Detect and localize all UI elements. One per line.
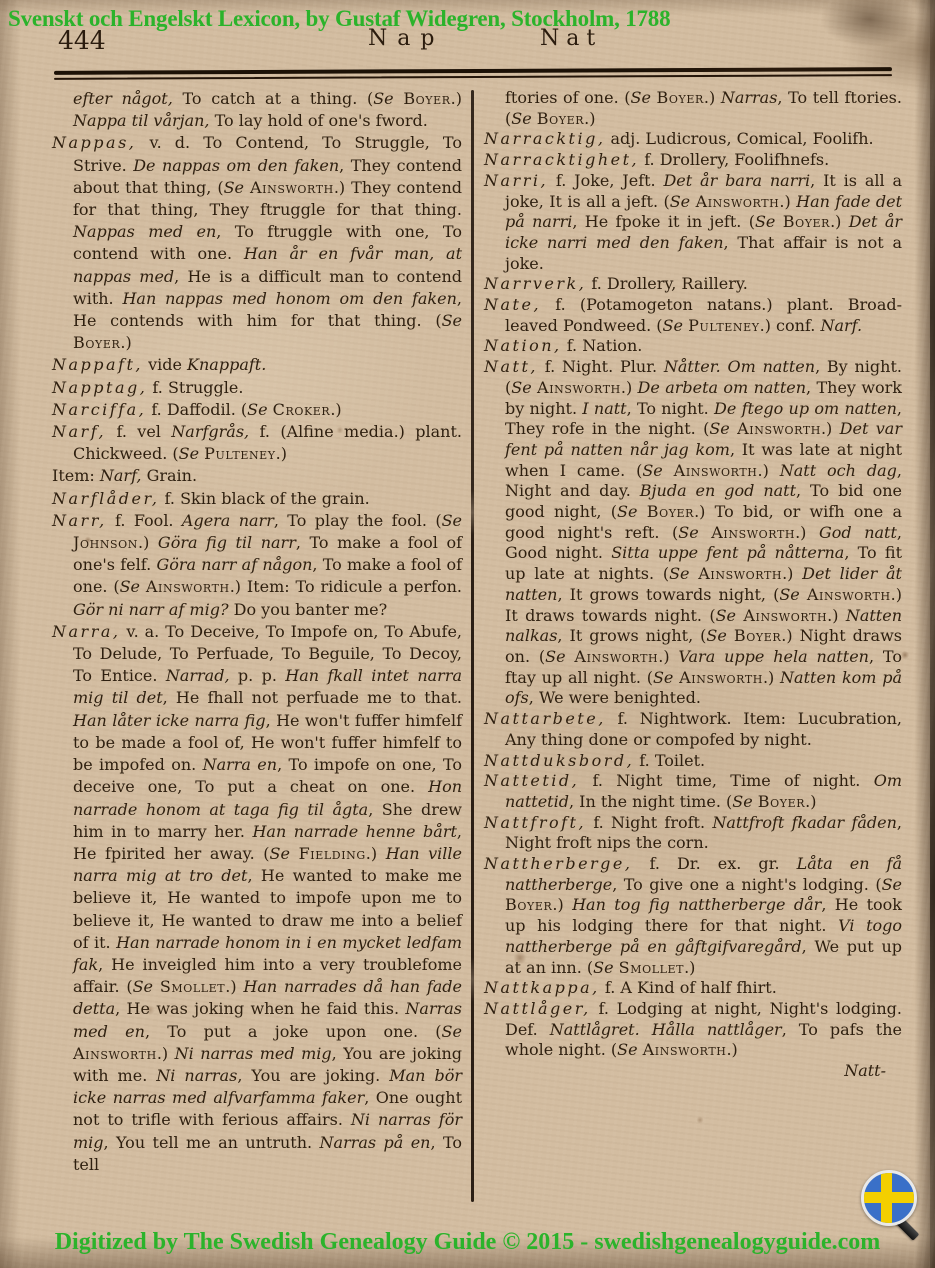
dictionary-paragraph: Narr, f. Fool. Agera narr, To play the f… — [52, 510, 462, 621]
dictionary-paragraph: efter något, To catch at a thing. (Se Bo… — [52, 88, 462, 132]
dictionary-paragraph: Narra, v. a. To Deceive, To Impofe on, T… — [52, 621, 462, 1176]
dictionary-paragraph: Narciffa, f. Daffodil. (Se Croker.) — [52, 399, 462, 421]
dictionary-paragraph: ftories of one. (Se Boyer.) Narras, To t… — [484, 88, 902, 129]
scanned-lexicon-page: Svenskt och Engelskt Lexicon, by Gustaf … — [0, 0, 935, 1268]
dictionary-paragraph: Nattkappa, f. A Kind of half fhirt. — [484, 978, 902, 999]
dictionary-paragraph: Natt, f. Night. Plur. Nåtter. Om natten,… — [484, 357, 902, 709]
right-column: ftories of one. (Se Boyer.) Narras, To t… — [484, 88, 902, 1202]
page-body: efter något, To catch at a thing. (Se Bo… — [52, 88, 902, 1202]
dictionary-paragraph: Nattfroft, f. Night froft. Nattfroft fka… — [484, 813, 902, 854]
running-head-right: Nat — [540, 26, 602, 51]
dictionary-paragraph: Nappas, v. d. To Contend, To Struggle, T… — [52, 132, 462, 354]
dictionary-paragraph: Nattetid, f. Night time, Time of night. … — [484, 771, 902, 812]
dictionary-paragraph: Nation, f. Nation. — [484, 336, 902, 357]
dictionary-paragraph: Nattarbete, f. Nightwork. Item: Lucubrat… — [484, 709, 902, 750]
running-head-left: Nap — [368, 26, 444, 51]
digitization-footer: Digitized by The Swedish Genealogy Guide… — [0, 1229, 935, 1256]
dictionary-paragraph: Nattlåger, f. Lodging at night, Night's … — [484, 999, 902, 1061]
dictionary-paragraph: Narf, f. vel Narfgrås, f. (Alfine media.… — [52, 421, 462, 465]
dictionary-paragraph: Nattherberge, f. Dr. ex. gr. Låta en få … — [484, 854, 902, 978]
left-column: efter något, To catch at a thing. (Se Bo… — [52, 88, 462, 1202]
dictionary-paragraph: Item: Narf, Grain. — [52, 465, 462, 487]
dictionary-paragraph: Nappaft, vide Knappaft. — [52, 354, 462, 376]
dictionary-paragraph: Narracktighet, f. Drollery, Foolifhnefs. — [484, 150, 902, 171]
dictionary-paragraph: Narracktig, adj. Ludicrous, Comical, Foo… — [484, 129, 902, 150]
page-number: 444 — [58, 26, 106, 55]
flag-cross-horizontal — [864, 1192, 914, 1203]
catchword: Natt- — [484, 1061, 902, 1082]
dictionary-paragraph: Nattduksbord, f. Toilet. — [484, 751, 902, 772]
column-divider-rule — [471, 90, 474, 1202]
header-double-rule — [54, 67, 892, 80]
dictionary-paragraph: Nate, f. (Potamogeton natans.) plant. Br… — [484, 295, 902, 336]
dictionary-paragraph: Napptag, f. Struggle. — [52, 377, 462, 399]
swedish-flag-lens — [861, 1170, 917, 1226]
dictionary-paragraph: Narri, f. Joke, Jeft. Det år bara narri,… — [484, 171, 902, 275]
scan-edge-shadow — [930, 0, 935, 1268]
dictionary-paragraph: Narflåder, f. Skin black of the grain. — [52, 488, 462, 510]
swedish-flag-magnifier-icon — [855, 1170, 927, 1248]
dictionary-paragraph: Narrverk, f. Drollery, Raillery. — [484, 274, 902, 295]
